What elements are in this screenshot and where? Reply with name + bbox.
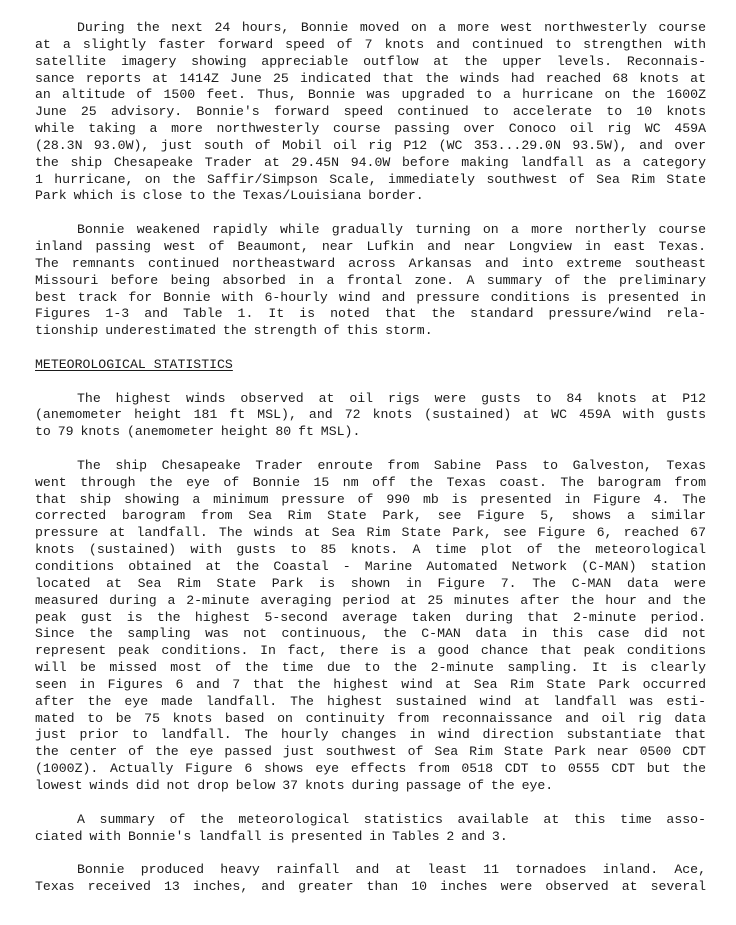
text-line: Bonnie weakened rapidly while gradually … bbox=[35, 222, 706, 239]
spacer bbox=[35, 340, 706, 357]
text-line: knots (sustained) with gusts to 85 knots… bbox=[35, 542, 706, 559]
text-line: went through the eye of Bonnie 15 nm off… bbox=[35, 475, 706, 492]
narrative-section: During the next 24 hours, Bonnie moved o… bbox=[35, 20, 706, 340]
text-line: The remnants continued northeastward acr… bbox=[35, 256, 706, 273]
text-line: ciated with Bonnie's landfall is present… bbox=[35, 829, 706, 846]
text-line: seen in Figures 6 and 7 that the highest… bbox=[35, 677, 706, 694]
text-line: (28.3N 93.0W), just south of Mobil oil r… bbox=[35, 138, 706, 155]
text-line: satellite imagery showing appreciable ou… bbox=[35, 54, 706, 71]
text-line: best track for Bonnie with 6-hourly wind… bbox=[35, 290, 706, 307]
text-line: Bonnie produced heavy rainfall and at le… bbox=[35, 862, 706, 879]
text-line: Park which is close to the Texas/Louisia… bbox=[35, 188, 706, 205]
paragraph-spacer bbox=[35, 205, 706, 222]
text-line: after the eye made landfall. The highest… bbox=[35, 694, 706, 711]
paragraph-spacer bbox=[35, 845, 706, 862]
paragraph-spacer bbox=[35, 441, 706, 458]
weakening-paragraph: Bonnie weakened rapidly while gradually … bbox=[35, 222, 706, 340]
text-line: (1000Z). Actually Figure 6 shows eye eff… bbox=[35, 761, 706, 778]
text-line: The ship Chesapeake Trader enroute from … bbox=[35, 458, 706, 475]
section-heading: METEOROLOGICAL STATISTICS bbox=[35, 357, 233, 374]
text-line: to 79 knots (anemometer height 80 ft MSL… bbox=[35, 424, 706, 441]
text-line: sance reports at 1414Z June 25 indicated… bbox=[35, 71, 706, 88]
text-line: tionship underestimated the strength of … bbox=[35, 323, 706, 340]
text-line: pressure at landfall. The winds at Sea R… bbox=[35, 525, 706, 542]
text-line: corrected barogram from Sea Rim State Pa… bbox=[35, 508, 706, 525]
text-line: Figures 1-3 and Table 1. It is noted tha… bbox=[35, 306, 706, 323]
paragraph-spacer bbox=[35, 795, 706, 812]
meteorological-statistics-section: The highest winds observed at oil rigs w… bbox=[35, 391, 706, 896]
text-line: that ship showing a minimum pressure of … bbox=[35, 492, 706, 509]
text-line: at a slightly faster forward speed of 7 … bbox=[35, 37, 706, 54]
text-line: just prior to landfall. The hourly chang… bbox=[35, 727, 706, 744]
text-line: Missouri before being absorbed in a fron… bbox=[35, 273, 706, 290]
text-line: 1 hurricane, on the Saffir/Simpson Scale… bbox=[35, 172, 706, 189]
text-line: an altitude of 1500 feet. Thus, Bonnie w… bbox=[35, 87, 706, 104]
text-line: A summary of the meteorological statisti… bbox=[35, 812, 706, 829]
text-line: During the next 24 hours, Bonnie moved o… bbox=[35, 20, 706, 37]
text-line: lowest winds did not drop below 37 knots… bbox=[35, 778, 706, 795]
text-line: located at Sea Rim State Park is shown i… bbox=[35, 576, 706, 593]
text-line: Since the sampling was not continuous, t… bbox=[35, 626, 706, 643]
section-heading-row: METEOROLOGICAL STATISTICS bbox=[35, 357, 706, 374]
ship-and-cman-paragraph: The ship Chesapeake Trader enroute from … bbox=[35, 458, 706, 795]
text-line: represent peak conditions. In fact, ther… bbox=[35, 643, 706, 660]
text-line: the ship Chesapeake Trader at 29.45N 94.… bbox=[35, 155, 706, 172]
text-line: June 25 advisory. Bonnie's forward speed… bbox=[35, 104, 706, 121]
oil-rig-paragraph: The highest winds observed at oil rigs w… bbox=[35, 391, 706, 442]
text-line: The highest winds observed at oil rigs w… bbox=[35, 391, 706, 408]
rainfall-paragraph: Bonnie produced heavy rainfall and at le… bbox=[35, 862, 706, 896]
text-line: while taking a more northwesterly course… bbox=[35, 121, 706, 138]
document-page: During the next 24 hours, Bonnie moved o… bbox=[35, 20, 706, 896]
summary-paragraph: A summary of the meteorological statisti… bbox=[35, 812, 706, 846]
text-line: (anemometer height 181 ft MSL), and 72 k… bbox=[35, 407, 706, 424]
text-line: inland passing west of Beaumont, near Lu… bbox=[35, 239, 706, 256]
text-line: Texas received 13 inches, and greater th… bbox=[35, 879, 706, 896]
text-line: conditions obtained at the Coastal - Mar… bbox=[35, 559, 706, 576]
text-line: will be missed most of the time due to t… bbox=[35, 660, 706, 677]
text-line: the center of the eye passed just southw… bbox=[35, 744, 706, 761]
text-line: mated to be 75 knots based on continuity… bbox=[35, 711, 706, 728]
text-line: measured during a 2-minute averaging per… bbox=[35, 593, 706, 610]
track-paragraph: During the next 24 hours, Bonnie moved o… bbox=[35, 20, 706, 205]
text-line: peak gust is the highest 5-second averag… bbox=[35, 610, 706, 627]
spacer bbox=[35, 374, 706, 391]
